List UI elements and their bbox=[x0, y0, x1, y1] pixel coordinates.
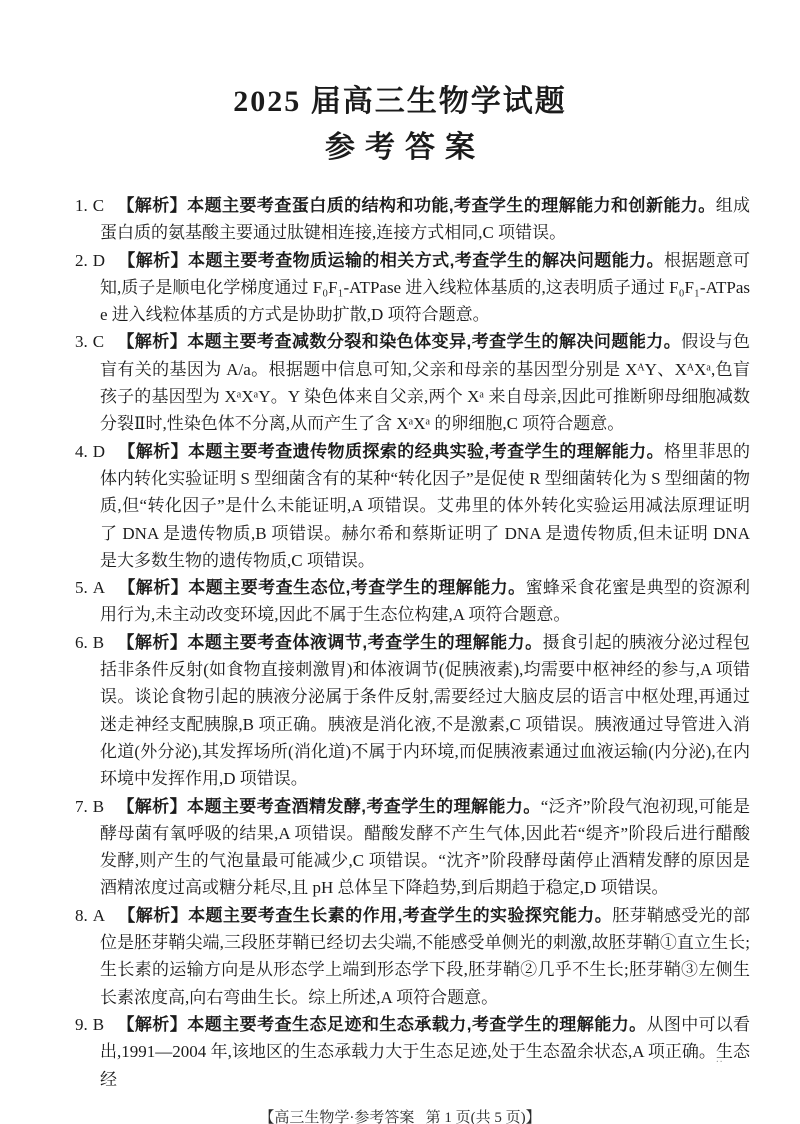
answer-item-4: 4.D【解析】本题主要考查遗传物质探索的经典实验,考查学生的理解能力。格里菲思的… bbox=[75, 438, 750, 574]
answer-item-6: 6.B【解析】本题主要考查体液调节,考查学生的理解能力。摄食引起的胰液分泌过程包… bbox=[75, 629, 750, 793]
question-number: 8. bbox=[75, 906, 88, 925]
answer-key-title: 参考答案 bbox=[0, 128, 800, 168]
answer-letter: B bbox=[93, 633, 104, 652]
explanation-lead: 【解析】本题主要考查遗传物质探索的经典实验,考查学生的理解能力。 bbox=[118, 442, 664, 461]
answer-letter: D bbox=[93, 251, 105, 270]
explanation-lead: 【解析】本题主要考查生态位,考查学生的理解能力。 bbox=[118, 578, 526, 597]
question-number: 3. bbox=[75, 332, 88, 351]
explanation-lead: 【解析】本题主要考查酒精发酵,考查学生的理解能力。 bbox=[117, 797, 541, 816]
explanation-lead: 【解析】本题主要考查生长素的作用,考查学生的实验探究能力。 bbox=[118, 906, 612, 925]
answers-list: 1.C【解析】本题主要考查蛋白质的结构和功能,考查学生的理解能力和创新能力。组成… bbox=[0, 192, 800, 1093]
answer-letter: A bbox=[93, 578, 105, 597]
answer-item-1: 1.C【解析】本题主要考查蛋白质的结构和功能,考查学生的理解能力和创新能力。组成… bbox=[75, 192, 750, 247]
answer-item-8: 8.A【解析】本题主要考查生长素的作用,考查学生的实验探究能力。胚芽鞘感受光的部… bbox=[75, 902, 750, 1011]
explanation-lead: 【解析】本题主要考查物质运输的相关方式,考查学生的解决问题能力。 bbox=[118, 251, 664, 270]
answer-key-page: 2025 届高三生物学试题 参考答案 1.C【解析】本题主要考查蛋白质的结构和功… bbox=[0, 0, 800, 1124]
answer-item-5: 5.A【解析】本题主要考查生态位,考查学生的理解能力。蜜蜂采食花蜜是典型的资源利… bbox=[75, 574, 750, 629]
scan-artifact-dots: .. bbox=[716, 1053, 724, 1065]
answer-letter: B bbox=[93, 797, 104, 816]
answer-item-2: 2.D【解析】本题主要考查物质运输的相关方式,考查学生的解决问题能力。根据题意可… bbox=[75, 247, 750, 329]
answer-letter: C bbox=[93, 196, 104, 215]
question-number: 7. bbox=[75, 797, 88, 816]
answer-item-3: 3.C【解析】本题主要考查减数分裂和染色体变异,考查学生的解决问题能力。假设与色… bbox=[75, 328, 750, 437]
question-number: 9. bbox=[75, 1015, 88, 1034]
question-number: 6. bbox=[75, 633, 88, 652]
answer-letter: D bbox=[93, 442, 105, 461]
question-number: 1. bbox=[75, 196, 88, 215]
answer-letter: C bbox=[93, 332, 104, 351]
question-number: 4. bbox=[75, 442, 88, 461]
page-footer: 【高三生物学·参考答案 第 1 页(共 5 页)】 bbox=[0, 1108, 800, 1124]
question-number: 2. bbox=[75, 251, 88, 270]
answer-letter: B bbox=[93, 1015, 104, 1034]
explanation-lead: 【解析】本题主要考查体液调节,考查学生的理解能力。 bbox=[117, 633, 543, 652]
explanation-lead: 【解析】本题主要考查生态足迹和生态承载力,考查学生的理解能力。 bbox=[117, 1015, 647, 1034]
exam-title: 2025 届高三生物学试题 bbox=[0, 82, 800, 122]
answer-item-7: 7.B【解析】本题主要考查酒精发酵,考查学生的理解能力。“泛齐”阶段气泡初现,可… bbox=[75, 793, 750, 902]
question-number: 5. bbox=[75, 578, 88, 597]
explanation-lead: 【解析】本题主要考查蛋白质的结构和功能,考查学生的理解能力和创新能力。 bbox=[117, 196, 716, 215]
explanation-lead: 【解析】本题主要考查减数分裂和染色体变异,考查学生的解决问题能力。 bbox=[117, 332, 681, 351]
answer-letter: A bbox=[93, 906, 105, 925]
explanation-text: 摄食引起的胰液分泌过程包括非条件反射(如食物直接刺激胃)和体液调节(促胰液素),… bbox=[100, 633, 750, 788]
answer-item-9: 9.B【解析】本题主要考查生态足迹和生态承载力,考查学生的理解能力。从图中可以看… bbox=[75, 1011, 750, 1093]
